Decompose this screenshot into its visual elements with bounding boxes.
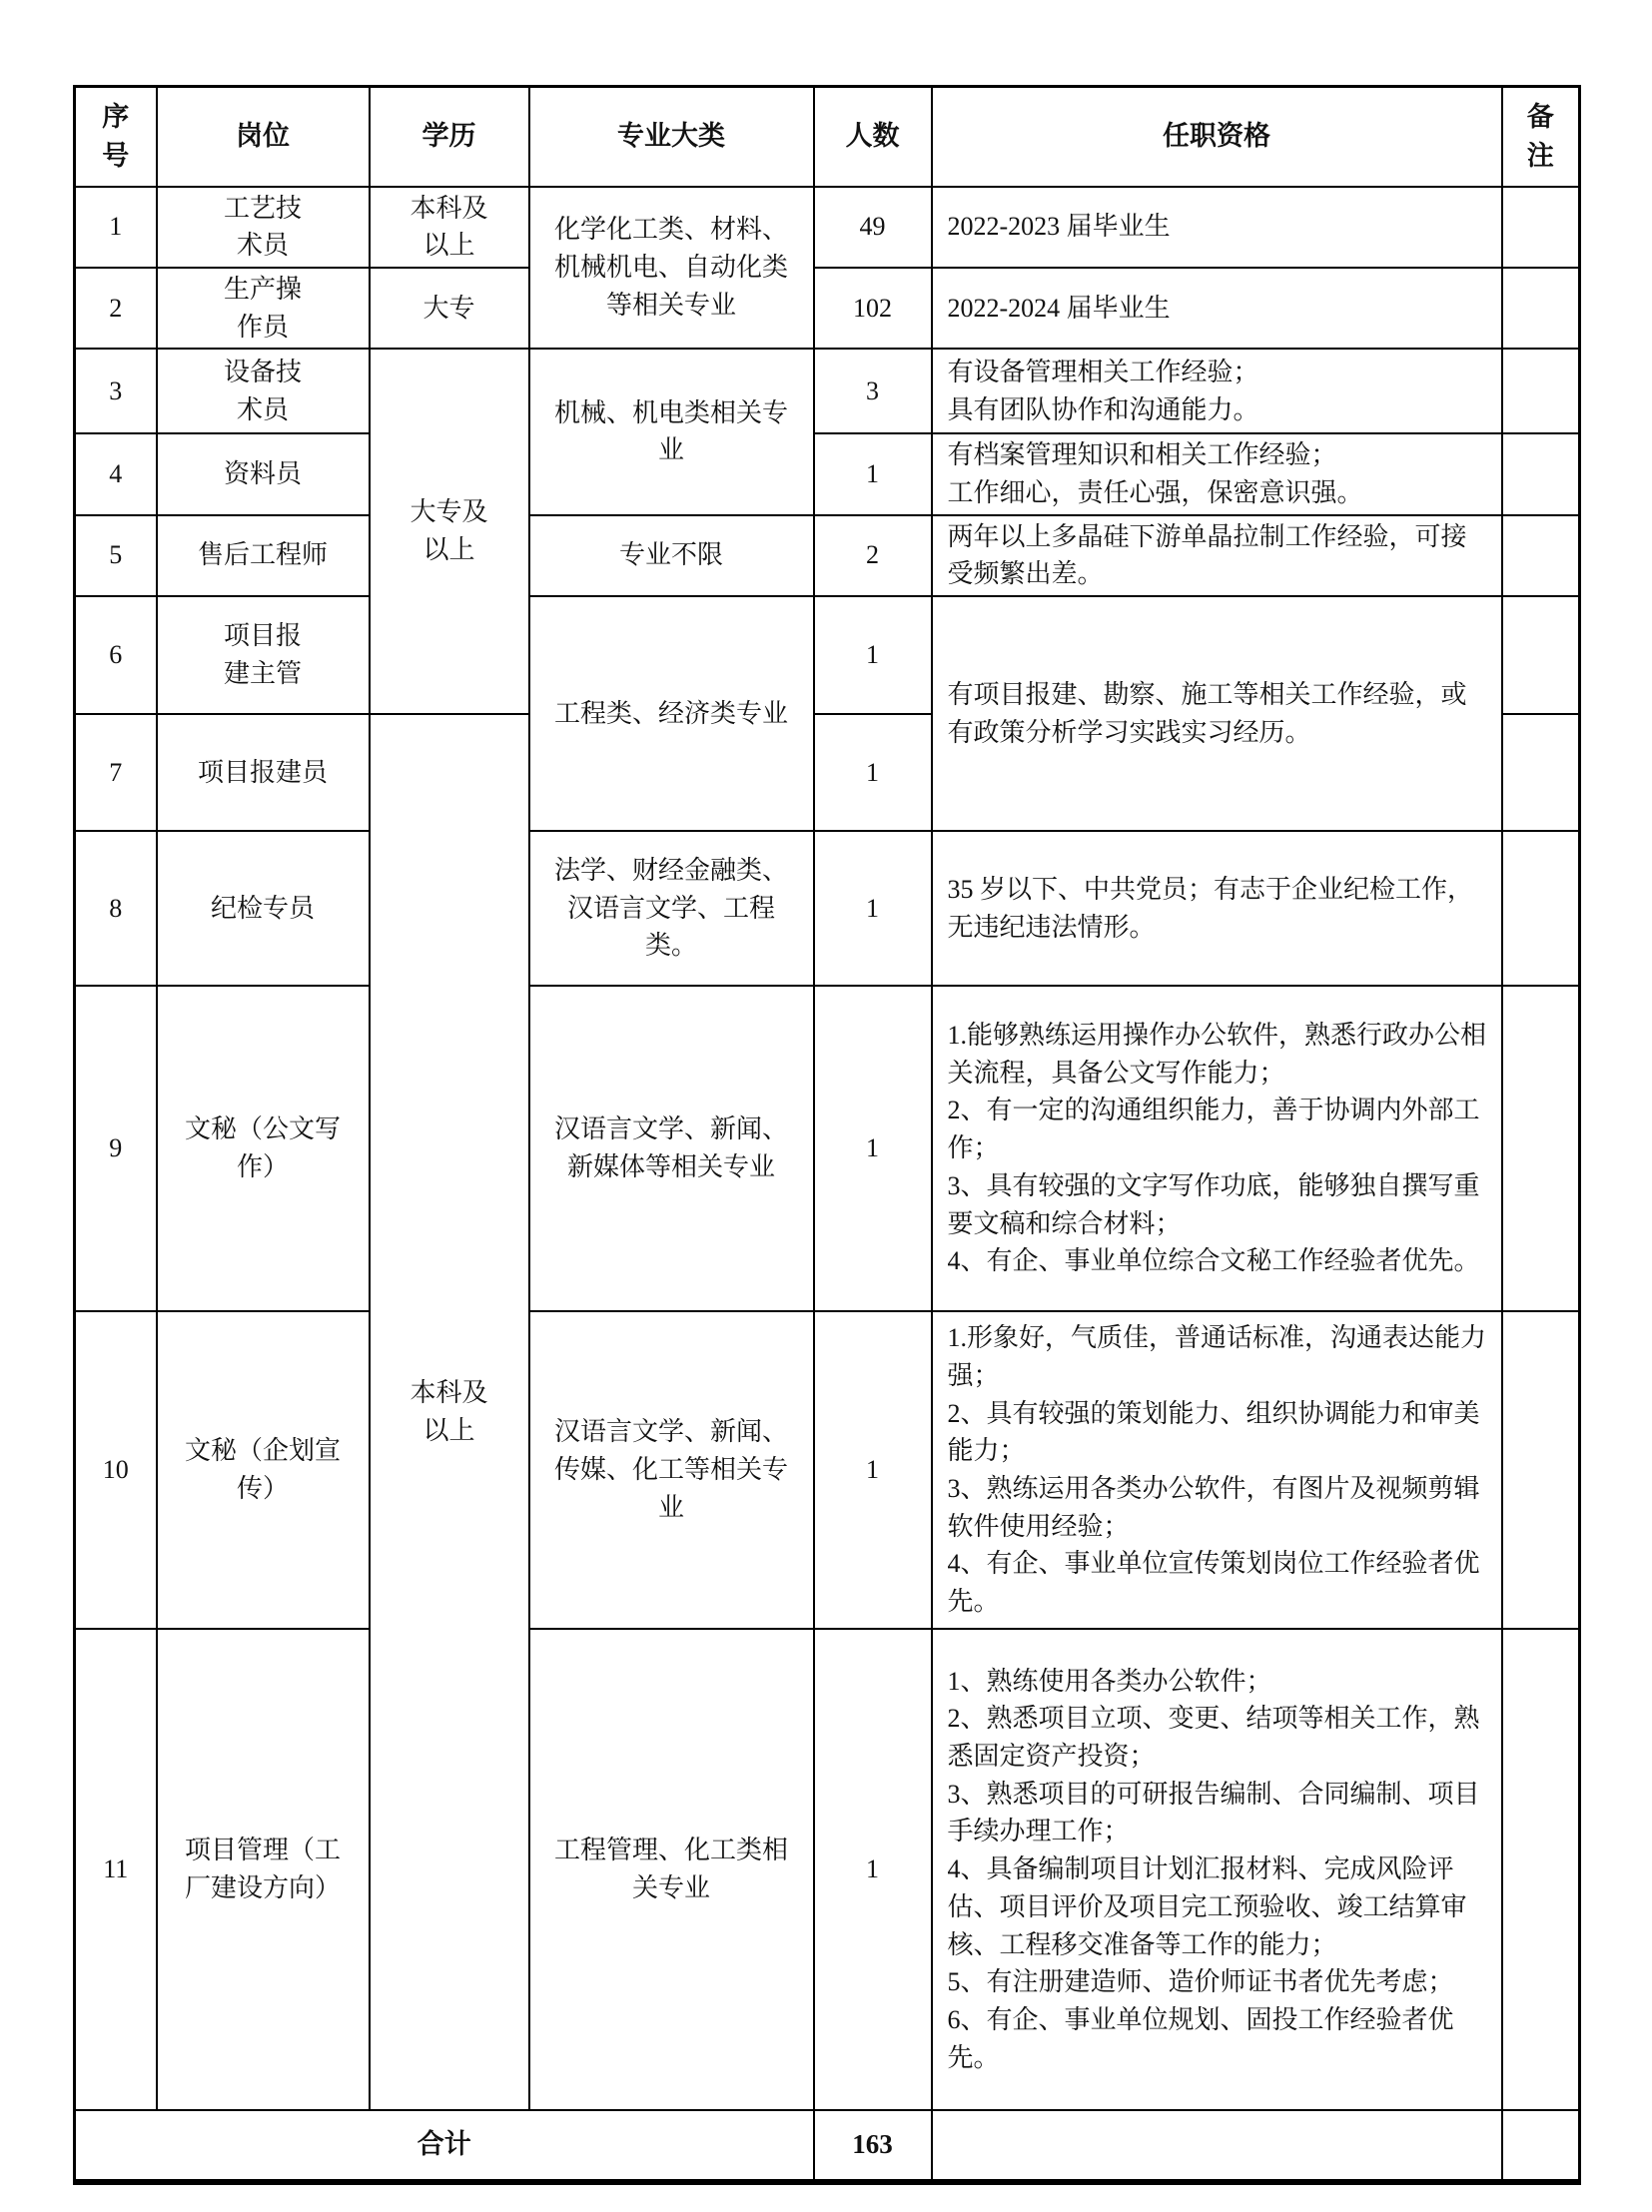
header-remark: 备 注 — [1502, 87, 1580, 187]
cell-4-no: 4 — [75, 433, 157, 514]
table-row: 8 纪检专员 法学、财经金融类、 汉语言文学、工程 类。 1 35 岁以下、中共… — [75, 831, 1580, 986]
cell-11-remark — [1502, 1629, 1580, 2110]
cell-6-7-qualification: 有项目报建、勘察、施工等相关工作经验，或有政策分析学习实践实习经历。 — [932, 596, 1502, 831]
cell-8-no: 8 — [75, 831, 157, 986]
header-no: 序 号 — [75, 87, 157, 187]
cell-8-remark — [1502, 831, 1580, 986]
cell-3-qualification: 有设备管理相关工作经验； 具有团队协作和沟通能力。 — [932, 349, 1502, 433]
cell-8-position: 纪检专员 — [157, 831, 370, 986]
cell-6-remark — [1502, 596, 1580, 714]
cell-4-count: 1 — [814, 433, 932, 514]
total-row: 合计 163 — [75, 2110, 1580, 2182]
cell-3-4-major: 机械、机电类相关专 业 — [529, 349, 814, 514]
table-row: 2 生产操 作员 大专 102 2022-2024 届毕业生 — [75, 268, 1580, 349]
cell-10-qualification: 1.形象好，气质佳，普通话标准，沟通表达能力强； 2、具有较强的策划能力、组织协… — [932, 1311, 1502, 1629]
cell-1-no: 1 — [75, 187, 157, 268]
cell-10-count: 1 — [814, 1311, 932, 1629]
cell-9-remark — [1502, 986, 1580, 1311]
cell-5-qualification: 两年以上多晶硅下游单晶拉制工作经验，可接受频繁出差。 — [932, 515, 1502, 596]
cell-5-position: 售后工程师 — [157, 515, 370, 596]
cell-4-remark — [1502, 433, 1580, 514]
cell-5-no: 5 — [75, 515, 157, 596]
cell-1-education: 本科及 以上 — [370, 187, 529, 268]
header-row: 序 号 岗位 学历 专业大类 人数 任职资格 备 注 — [75, 87, 1580, 187]
cell-11-count: 1 — [814, 1629, 932, 2110]
table-row: 4 资料员 1 有档案管理知识和相关工作经验； 工作细心，责任心强，保密意识强。 — [75, 433, 1580, 514]
cell-7-no: 7 — [75, 714, 157, 831]
cell-3-6-education: 大专及 以上 — [370, 349, 529, 714]
cell-2-count: 102 — [814, 268, 932, 349]
cell-1-remark — [1502, 187, 1580, 268]
header-qualification: 任职资格 — [932, 87, 1502, 187]
cell-10-remark — [1502, 1311, 1580, 1629]
cell-6-7-major: 工程类、经济类专业 — [529, 596, 814, 831]
cell-10-position: 文秘（企划宣 传） — [157, 1311, 370, 1629]
cell-5-remark — [1502, 515, 1580, 596]
cell-6-position: 项目报 建主管 — [157, 596, 370, 714]
cell-3-position: 设备技 术员 — [157, 349, 370, 433]
cell-1-position: 工艺技 术员 — [157, 187, 370, 268]
cell-2-education: 大专 — [370, 268, 529, 349]
table-row: 3 设备技 术员 大专及 以上 机械、机电类相关专 业 3 有设备管理相关工作经… — [75, 349, 1580, 433]
cell-10-no: 10 — [75, 1311, 157, 1629]
cell-3-no: 3 — [75, 349, 157, 433]
table-row: 9 文秘（公文写 作） 汉语言文学、新闻、 新媒体等相关专业 1 1.能够熟练运… — [75, 986, 1580, 1311]
table-row: 10 文秘（企划宣 传） 汉语言文学、新闻、 传媒、化工等相关专 业 1 1.形… — [75, 1311, 1580, 1629]
cell-8-major: 法学、财经金融类、 汉语言文学、工程 类。 — [529, 831, 814, 986]
recruitment-table: 序 号 岗位 学历 专业大类 人数 任职资格 备 注 1 工艺技 术员 本科及 … — [73, 85, 1581, 2185]
cell-1-2-major: 化学化工类、材料、 机械机电、自动化类 等相关专业 — [529, 187, 814, 350]
cell-9-no: 9 — [75, 986, 157, 1311]
cell-4-position: 资料员 — [157, 433, 370, 514]
cell-1-qualification: 2022-2023 届毕业生 — [932, 187, 1502, 268]
cell-2-no: 2 — [75, 268, 157, 349]
cell-11-major: 工程管理、化工类相 关专业 — [529, 1629, 814, 2110]
cell-9-count: 1 — [814, 986, 932, 1311]
cell-9-major: 汉语言文学、新闻、 新媒体等相关专业 — [529, 986, 814, 1311]
cell-7-position: 项目报建员 — [157, 714, 370, 831]
table-row: 11 项目管理（工 厂建设方向） 工程管理、化工类相 关专业 1 1、熟练使用各… — [75, 1629, 1580, 2110]
cell-10-major: 汉语言文学、新闻、 传媒、化工等相关专 业 — [529, 1311, 814, 1629]
table-row: 5 售后工程师 专业不限 2 两年以上多晶硅下游单晶拉制工作经验，可接受频繁出差… — [75, 515, 1580, 596]
cell-6-count: 1 — [814, 596, 932, 714]
cell-5-count: 2 — [814, 515, 932, 596]
cell-8-count: 1 — [814, 831, 932, 986]
cell-11-qualification: 1、熟练使用各类办公软件； 2、熟悉项目立项、变更、结项等相关工作，熟悉固定资产… — [932, 1629, 1502, 2110]
cell-7-count: 1 — [814, 714, 932, 831]
cell-2-qualification: 2022-2024 届毕业生 — [932, 268, 1502, 349]
table-row: 6 项目报 建主管 工程类、经济类专业 1 有项目报建、勘察、施工等相关工作经验… — [75, 596, 1580, 714]
header-position: 岗位 — [157, 87, 370, 187]
header-count: 人数 — [814, 87, 932, 187]
total-label: 合计 — [75, 2110, 814, 2182]
cell-2-position: 生产操 作员 — [157, 268, 370, 349]
cell-2-remark — [1502, 268, 1580, 349]
total-qualification-empty — [932, 2110, 1502, 2182]
cell-9-qualification: 1.能够熟练运用操作办公软件，熟悉行政办公相关流程，具备公文写作能力； 2、有一… — [932, 986, 1502, 1311]
total-count: 163 — [814, 2110, 932, 2182]
cell-9-position: 文秘（公文写 作） — [157, 986, 370, 1311]
cell-7-remark — [1502, 714, 1580, 831]
cell-4-qualification: 有档案管理知识和相关工作经验； 工作细心，责任心强，保密意识强。 — [932, 433, 1502, 514]
cell-7-11-education: 本科及 以上 — [370, 714, 529, 2110]
table-row: 1 工艺技 术员 本科及 以上 化学化工类、材料、 机械机电、自动化类 等相关专… — [75, 187, 1580, 268]
header-major: 专业大类 — [529, 87, 814, 187]
cell-11-position: 项目管理（工 厂建设方向） — [157, 1629, 370, 2110]
cell-5-major: 专业不限 — [529, 515, 814, 596]
cell-1-count: 49 — [814, 187, 932, 268]
cell-8-qualification: 35 岁以下、中共党员；有志于企业纪检工作，无违纪违法情形。 — [932, 831, 1502, 986]
total-remark-empty — [1502, 2110, 1580, 2182]
cell-11-no: 11 — [75, 1629, 157, 2110]
cell-3-remark — [1502, 349, 1580, 433]
cell-6-no: 6 — [75, 596, 157, 714]
cell-3-count: 3 — [814, 349, 932, 433]
header-education: 学历 — [370, 87, 529, 187]
